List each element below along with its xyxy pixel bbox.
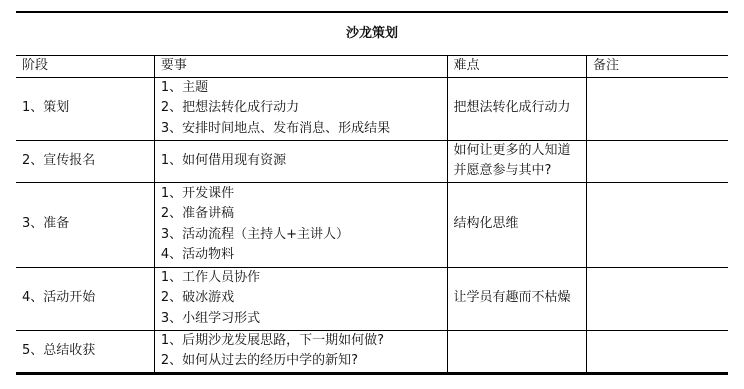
key-items-cell: 1、开发课件 2、准备讲稿 3、活动流程（主持人+主讲人） 4、活动物料 bbox=[154, 182, 447, 267]
list-item: 4、活动物料 bbox=[161, 245, 441, 266]
stage-cell: 1、策划 bbox=[16, 77, 154, 140]
difficulty-cell bbox=[447, 330, 586, 373]
document-title: 沙龙策划 bbox=[16, 24, 728, 44]
list-item: 2、准备讲稿 bbox=[161, 204, 441, 225]
list-item: 2、把想法转化成行动力 bbox=[161, 98, 441, 119]
header-difficulty: 难点 bbox=[447, 56, 586, 78]
notes-cell bbox=[586, 267, 728, 330]
table-row: 5、总结收获 1、后期沙龙发展思路，下一期如何做? 2、如何从过去的经历中学的新… bbox=[16, 330, 728, 373]
table-row: 1、策划 1、主题 2、把想法转化成行动力 3、安排时间地点、发布消息、形成结果… bbox=[16, 77, 728, 140]
table-row: 4、活动开始 1、工作人员协作 2、破冰游戏 3、小组学习形式 让学员有趣而不枯… bbox=[16, 267, 728, 330]
list-item: 3、安排时间地点、发布消息、形成结果 bbox=[161, 119, 441, 140]
table-row: 2、宣传报名 1、如何借用现有资源 如何让更多的人知道 并愿意参与其中? bbox=[16, 140, 728, 182]
notes-cell bbox=[586, 182, 728, 267]
difficulty-cell: 让学员有趣而不枯燥 bbox=[447, 267, 586, 330]
list-item: 3、小组学习形式 bbox=[161, 309, 441, 330]
list-item: 1、后期沙龙发展思路，下一期如何做? bbox=[161, 331, 441, 352]
table-row: 3、准备 1、开发课件 2、准备讲稿 3、活动流程（主持人+主讲人） 4、活动物… bbox=[16, 182, 728, 267]
stage-cell: 2、宣传报名 bbox=[16, 140, 154, 182]
header-stage: 阶段 bbox=[16, 56, 154, 78]
list-item: 1、如何借用现有资源 bbox=[161, 151, 441, 172]
notes-cell bbox=[586, 77, 728, 140]
list-item: 2、破冰游戏 bbox=[161, 288, 441, 309]
difficulty-cell: 结构化思维 bbox=[447, 182, 586, 267]
header-notes: 备注 bbox=[586, 56, 728, 78]
header-row: 阶段 要事 难点 备注 bbox=[16, 56, 728, 78]
notes-cell bbox=[586, 140, 728, 182]
list-item: 1、开发课件 bbox=[161, 184, 441, 205]
list-item: 2、如何从过去的经历中学的新知? bbox=[161, 351, 441, 372]
list-item: 3、活动流程（主持人+主讲人） bbox=[161, 225, 441, 246]
top-rule bbox=[16, 11, 728, 13]
difficulty-line: 如何让更多的人知道 bbox=[454, 141, 580, 162]
difficulty-cell: 如何让更多的人知道 并愿意参与其中? bbox=[447, 140, 586, 182]
list-item: 1、工作人员协作 bbox=[161, 268, 441, 289]
key-items-cell: 1、工作人员协作 2、破冰游戏 3、小组学习形式 bbox=[154, 267, 447, 330]
key-items-cell: 1、如何借用现有资源 bbox=[154, 140, 447, 182]
difficulty-cell: 把想法转化成行动力 bbox=[447, 77, 586, 140]
stage-cell: 3、准备 bbox=[16, 182, 154, 267]
notes-cell bbox=[586, 330, 728, 373]
salon-plan-table: 阶段 要事 难点 备注 1、策划 1、主题 2、把想法转化成行动力 3、安排时间… bbox=[16, 55, 728, 375]
stage-cell: 4、活动开始 bbox=[16, 267, 154, 330]
stage-cell: 5、总结收获 bbox=[16, 330, 154, 373]
header-key-items: 要事 bbox=[154, 56, 447, 78]
difficulty-line: 并愿意参与其中? bbox=[454, 161, 580, 182]
key-items-cell: 1、后期沙龙发展思路，下一期如何做? 2、如何从过去的经历中学的新知? bbox=[154, 330, 447, 373]
key-items-cell: 1、主题 2、把想法转化成行动力 3、安排时间地点、发布消息、形成结果 bbox=[154, 77, 447, 140]
list-item: 1、主题 bbox=[161, 78, 441, 99]
